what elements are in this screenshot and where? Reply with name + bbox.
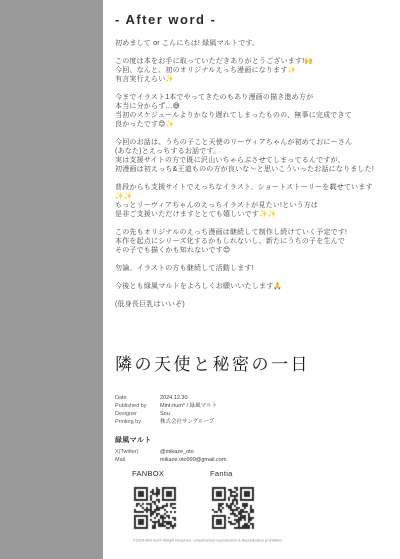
colophon-row-printing: Printing by 株式会社サングループ	[115, 418, 217, 426]
afterword-paragraph: 今回のお話は、うちの子こと天使のリーヴィアちゃんが初めておにーさん (あなた)と…	[115, 138, 390, 174]
contact-row-twitter: X(Twitter) @mikaze_oto	[115, 448, 226, 456]
colophon-row-date: Date 2024.12.30	[115, 394, 217, 402]
colophon-label: Printing by	[115, 418, 160, 426]
colophon: Date 2024.12.30 Published by Mint-rium* …	[115, 394, 217, 426]
afterword-paragraph: この度は本をお手に取っていただきありがとうございます!🙌 今回、なんと、初のオリ…	[115, 57, 390, 84]
book-page: - After word - 初めまして or こんにちは! 緑風マルトです。 …	[103, 0, 400, 559]
twitter-handle: @mikaze_oto	[160, 448, 194, 456]
email-address: mikaze.oto999@gmail.com	[160, 456, 226, 464]
contact-label: Mail	[115, 456, 160, 464]
afterword-paragraph: 初めまして or こんにちは! 緑風マルトです。	[115, 39, 390, 48]
fanbox-qr-code-icon	[132, 485, 178, 531]
afterword-paragraph: 今までイラスト1本でやってきたのもあり漫画の描き進め方が 本当に分からず…😅 当…	[115, 93, 390, 129]
contact-row-mail: Mail mikaze.oto999@gmail.com	[115, 456, 226, 464]
afterword-paragraph: 勿論、イラストの方も継続して活動します!	[115, 264, 390, 273]
contact-block: 緑風マルト X(Twitter) @mikaze_oto Mail mikaze…	[115, 435, 226, 464]
colophon-row-publisher: Published by Mint-rium* / 緑風マルト	[115, 402, 217, 410]
colophon-label: Published by	[115, 402, 160, 410]
afterword-paragraph: 普段からも支援サイトでえっちなイラスト、ショートストーリーを載せています✨✨ も…	[115, 183, 390, 219]
fantia-label: Fantia	[210, 469, 256, 478]
afterword-content: - After word - 初めまして or こんにちは! 緑風マルトです。 …	[115, 12, 390, 318]
fanbox-label: FANBOX	[132, 469, 178, 478]
colophon-value: 株式会社サングループ	[160, 418, 214, 426]
afterword-paragraph: この先もオリジナルのえっち漫画は継続して制作し続けていく予定です! 本作を起点に…	[115, 228, 390, 255]
fanbox-link-block: FANBOX	[132, 469, 178, 531]
book-title: 隣の天使と秘密の一日	[115, 350, 310, 375]
colophon-label: Date	[115, 394, 160, 402]
author-name: 緑風マルト	[115, 435, 226, 445]
copyright-line: ©2024 Mint-rium* Allright Reserved. Unau…	[133, 539, 282, 543]
afterword-page-screenshot: { "colors": { "backdrop": "#9a9a9a", "pa…	[0, 0, 400, 559]
colophon-label: Designer	[115, 410, 160, 418]
fantia-qr-code-icon	[210, 485, 256, 531]
colophon-value: Mint-rium* / 緑風マルト	[160, 402, 217, 410]
contact-label: X(Twitter)	[115, 448, 160, 456]
support-links: FANBOX Fantia	[103, 469, 400, 539]
colophon-value: Sou	[160, 410, 170, 418]
colophon-value: 2024.12.30	[160, 394, 188, 402]
afterword-heading: - After word -	[115, 12, 390, 27]
afterword-paragraph: 今後とも緑風マルトをよろしくお願いいたします🙏	[115, 282, 390, 291]
colophon-row-designer: Designer Sou	[115, 410, 217, 418]
afterword-paragraph: (低身長巨乳はいいぞ)	[115, 300, 390, 309]
fantia-link-block: Fantia	[210, 469, 256, 531]
